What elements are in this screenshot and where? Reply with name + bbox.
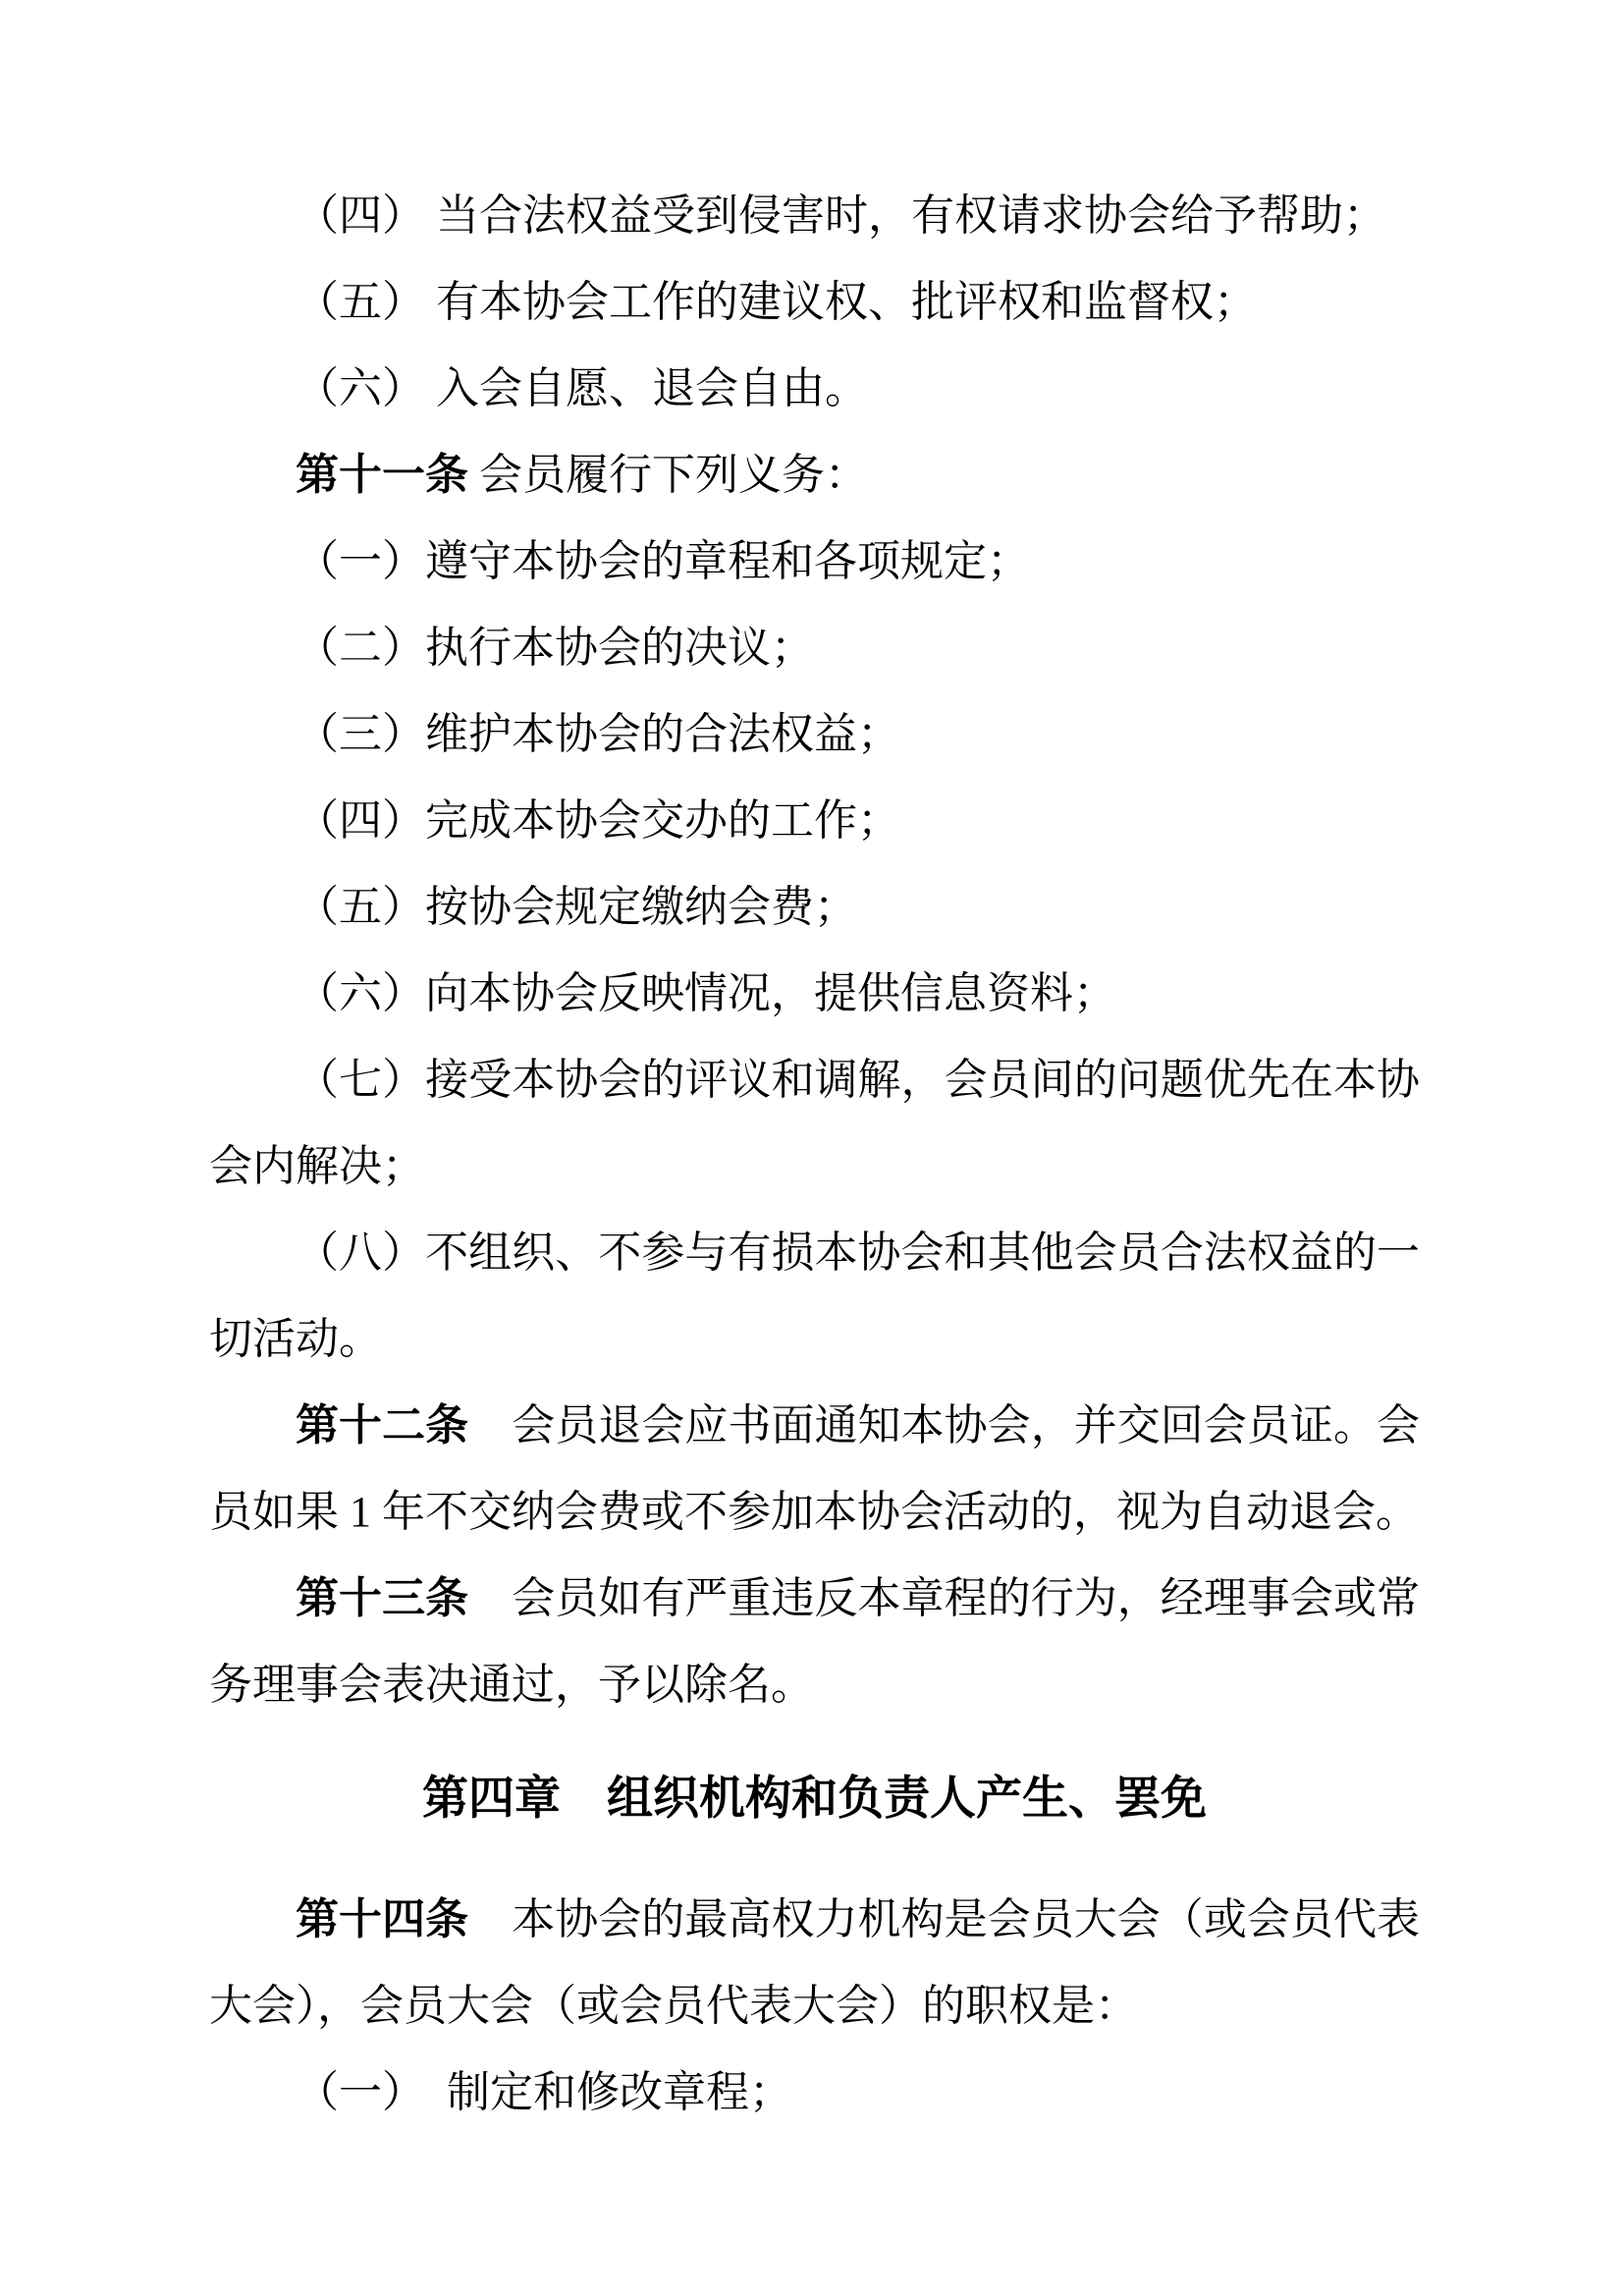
document-page: （四） 当合法权益受到侵害时，有权请求协会给予帮助； （五） 有本协会工作的建议… — [0, 0, 1623, 2296]
clause-text: （五） 有本协会工作的建议权、批评权和监督权； — [296, 278, 1257, 326]
clause-text: （七）接受本协会的评议和调解，会员间的问题优先在本协会内解决； — [209, 1056, 1420, 1190]
article-11-number: 第十一条 — [296, 451, 468, 499]
clause-text: （二）执行本协会的决议； — [296, 624, 814, 672]
obligation-item-1: （一）遵守本协会的章程和各项规定； — [209, 519, 1420, 605]
obligation-item-2: （二）执行本协会的决议； — [209, 605, 1420, 691]
article-11: 第十一条 会员履行下列义务： — [209, 432, 1420, 519]
obligation-item-7: （七）接受本协会的评议和调解，会员间的问题优先在本协会内解决； — [209, 1037, 1420, 1210]
obligation-item-4: （四）完成本协会交办的工作； — [209, 778, 1420, 864]
obligation-item-5: （五）按协会规定缴纳会费； — [209, 864, 1420, 951]
chapter-4-heading: 第四章 组织机构和负责人产生、罢免 — [209, 1755, 1420, 1841]
clause-text: （四） 当合法权益受到侵害时，有权请求协会给予帮助； — [296, 191, 1386, 240]
article-12-number: 第十二条 — [296, 1401, 468, 1449]
obligation-item-8: （八）不组织、不参与有损本协会和其他会员合法权益的一切活动。 — [209, 1210, 1420, 1383]
article-12: 第十二条 会员退会应书面通知本协会，并交回会员证。会员如果 1 年不交纳会费或不… — [209, 1383, 1420, 1556]
document-body: （四） 当合法权益受到侵害时，有权请求协会给予帮助； （五） 有本协会工作的建议… — [209, 173, 1420, 2136]
power-item-1: （一） 制定和修改章程； — [209, 2050, 1420, 2136]
obligation-item-6: （六）向本协会反映情况，提供信息资料； — [209, 951, 1420, 1037]
clause-text: （六）向本协会反映情况，提供信息资料； — [296, 969, 1116, 1017]
clause-text: （五）按协会规定缴纳会费； — [296, 883, 857, 931]
clause-member-rights-5: （五） 有本协会工作的建议权、批评权和监督权； — [209, 259, 1420, 346]
clause-text: （六） 入会自愿、退会自由。 — [296, 364, 868, 412]
article-13: 第十三条 会员如有严重违反本章程的行为，经理事会或常务理事会表决通过，予以除名。 — [209, 1556, 1420, 1728]
clause-text: （三）维护本协会的合法权益； — [296, 710, 900, 758]
clause-member-rights-4: （四） 当合法权益受到侵害时，有权请求协会给予帮助； — [209, 173, 1420, 259]
clause-text: （八）不组织、不参与有损本协会和其他会员合法权益的一切活动。 — [209, 1229, 1420, 1363]
article-14: 第十四条 本协会的最高权力机构是会员大会（或会员代表大会），会员大会（或会员代表… — [209, 1877, 1420, 2050]
article-14-number: 第十四条 — [296, 1895, 468, 1943]
article-13-number: 第十三条 — [296, 1574, 468, 1622]
clause-member-rights-6: （六） 入会自愿、退会自由。 — [209, 346, 1420, 432]
clause-text: （一）遵守本协会的章程和各项规定； — [296, 537, 1030, 585]
obligation-item-3: （三）维护本协会的合法权益； — [209, 691, 1420, 778]
clause-text: （四）完成本协会交办的工作； — [296, 796, 900, 845]
article-11-text: 会员履行下列义务： — [468, 451, 868, 499]
clause-text: （一） 制定和修改章程； — [296, 2068, 792, 2116]
